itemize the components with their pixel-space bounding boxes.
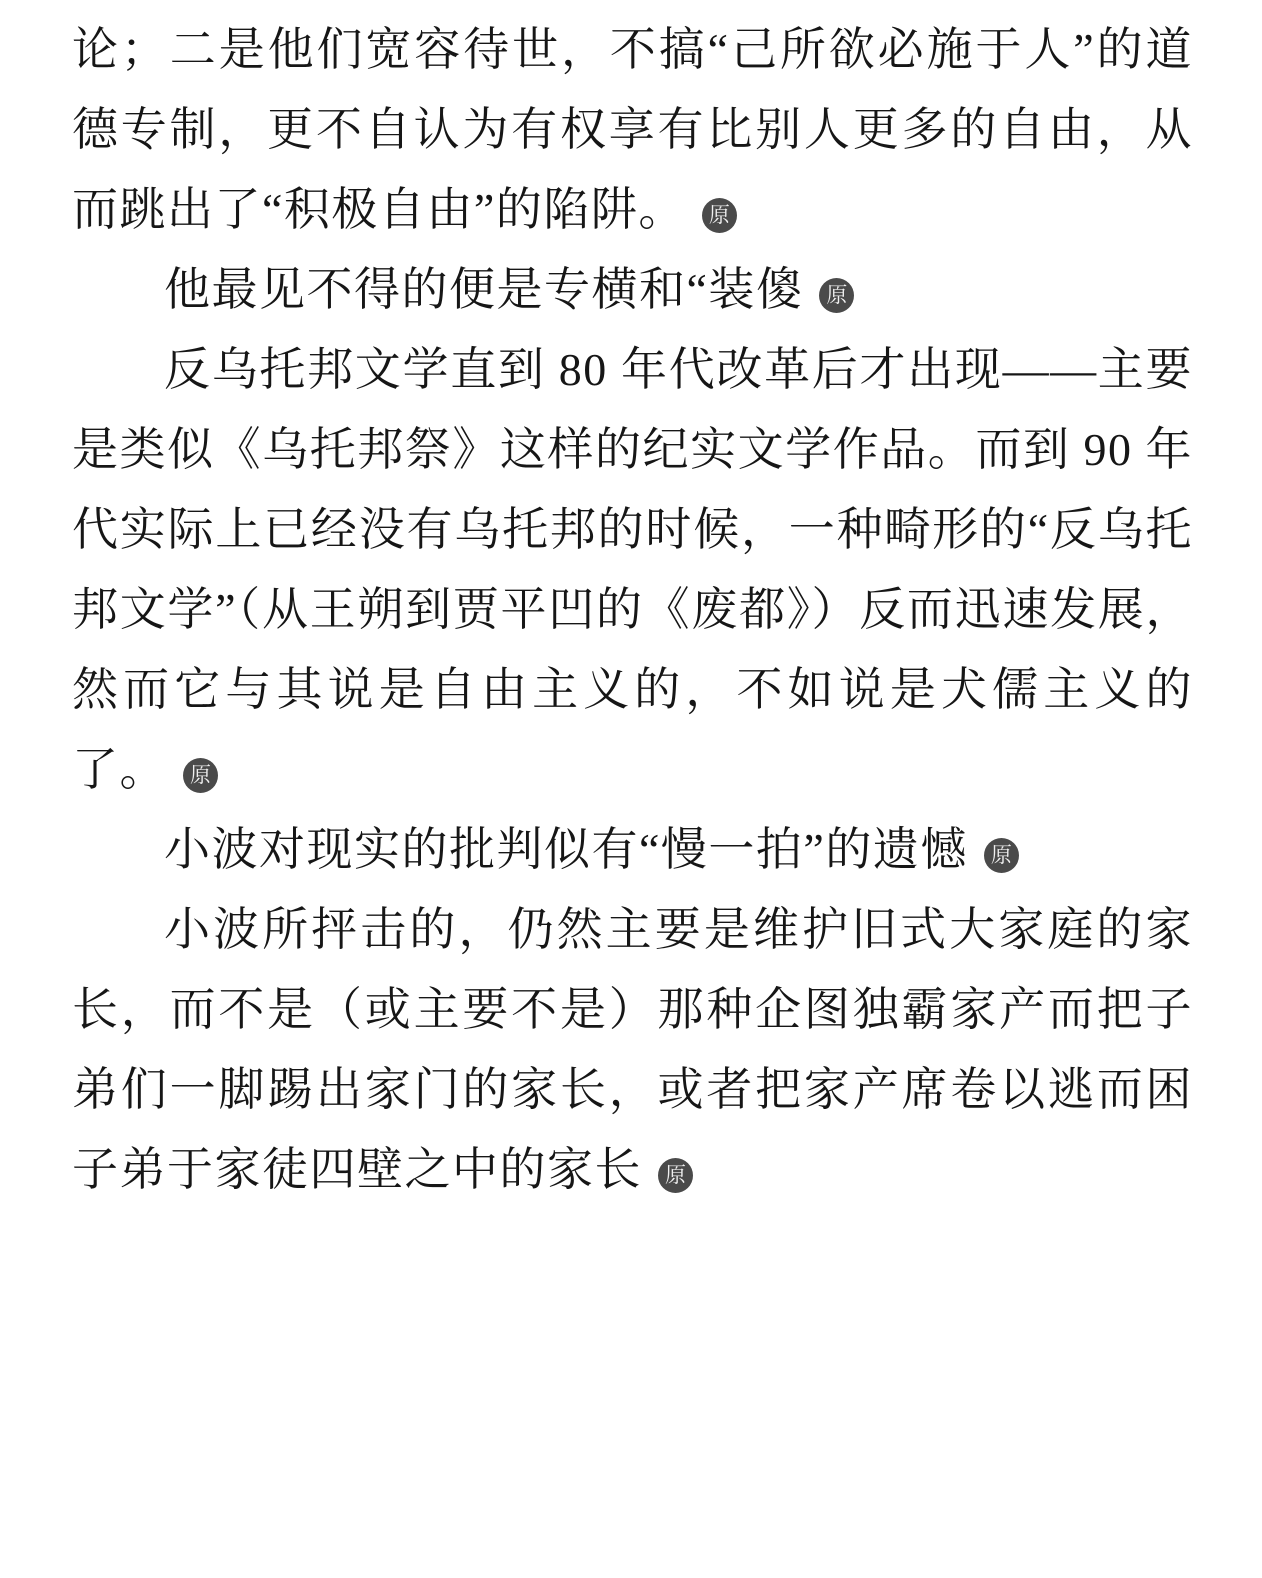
note-text: 小波所抨击的，仍然主要是维护旧式大家庭的家长，而不是（或主要不是）那种企图独霸家…	[72, 904, 1193, 1195]
note-paragraph: 反乌托邦文学直到 80 年代改革后才出现——主要是类似《乌托邦祭》这样的纪实文学…	[72, 330, 1193, 810]
note-paragraph: 他最见不得的便是专横和“装傻原	[72, 250, 1193, 330]
origin-source-badge[interactable]: 原	[984, 838, 1019, 873]
note-text: 他最见不得的便是专横和“装傻	[164, 264, 803, 315]
origin-source-badge[interactable]: 原	[183, 758, 218, 793]
notes-document: 论；二是他们宽容待世，不搞“己所欲必施于人”的道德专制，更不自认为有权享有比别人…	[0, 0, 1262, 1578]
document-body: 论；二是他们宽容待世，不搞“己所欲必施于人”的道德专制，更不自认为有权享有比别人…	[72, 10, 1193, 1210]
note-paragraph: 小波所抨击的，仍然主要是维护旧式大家庭的家长，而不是（或主要不是）那种企图独霸家…	[72, 890, 1193, 1210]
note-text: 反乌托邦文学直到 80 年代改革后才出现——主要是类似《乌托邦祭》这样的纪实文学…	[72, 344, 1193, 795]
origin-source-badge[interactable]: 原	[702, 198, 737, 233]
note-text: 论；二是他们宽容待世，不搞“己所欲必施于人”的道德专制，更不自认为有权享有比别人…	[72, 24, 1193, 235]
note-text: 小波对现实的批判似有“慢一拍”的遗憾	[164, 824, 968, 875]
note-paragraph: 论；二是他们宽容待世，不搞“己所欲必施于人”的道德专制，更不自认为有权享有比别人…	[72, 10, 1193, 250]
note-paragraph: 小波对现实的批判似有“慢一拍”的遗憾原	[72, 810, 1193, 890]
origin-source-badge[interactable]: 原	[819, 278, 854, 313]
origin-source-badge[interactable]: 原	[658, 1158, 693, 1193]
